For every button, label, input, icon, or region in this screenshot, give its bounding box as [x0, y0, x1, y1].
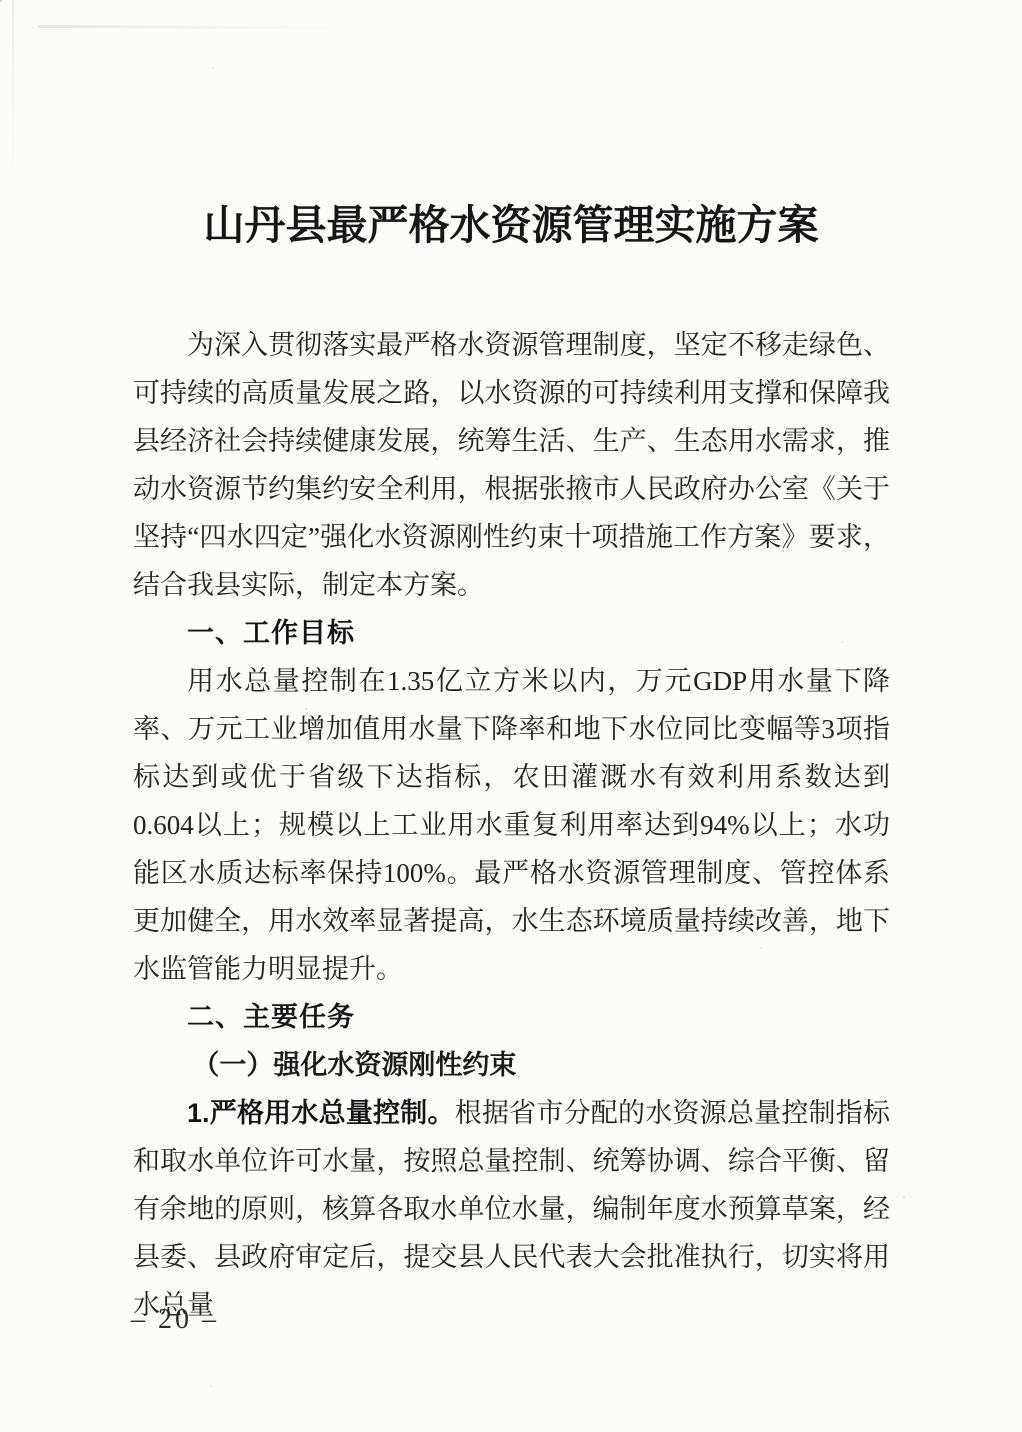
section-heading-work-goals: 一、工作目标: [133, 609, 890, 657]
intro-paragraph: 为深入贯彻落实最严格水资源管理制度，坚定不移走绿色、可持续的高质量发展之路，以水…: [133, 321, 890, 609]
subsection-heading-rigid-constraint: （一）强化水资源刚性约束: [133, 1041, 890, 1089]
task1-lead: 1.严格用水总量控制。: [187, 1098, 455, 1128]
page-number: – 20 –: [131, 1302, 219, 1338]
section-heading-main-tasks: 二、主要任务: [133, 993, 890, 1041]
task1-text: 根据省市分配的水资源总量控制指标和取水单位许可水量，按照总量控制、统筹协调、综合…: [133, 1098, 890, 1320]
task1-paragraph: 1.严格用水总量控制。根据省市分配的水资源总量控制指标和取水单位许可水量，按照总…: [133, 1089, 890, 1329]
document-body: 为深入贯彻落实最严格水资源管理制度，坚定不移走绿色、可持续的高质量发展之路，以水…: [133, 321, 890, 1329]
page-title: 山丹县最严格水资源管理实施方案: [0, 196, 1022, 254]
scan-artifact-speckles: [0, 0, 2, 2]
scan-artifact-left-edge: [12, 0, 14, 180]
document-page: 山丹县最严格水资源管理实施方案 为深入贯彻落实最严格水资源管理制度，坚定不移走绿…: [0, 0, 1022, 1432]
work-goals-paragraph: 用水总量控制在1.35亿立方米以内，万元GDP用水量下降率、万元工业增加值用水量…: [133, 657, 890, 993]
scan-artifact-top-streak: [38, 25, 468, 30]
